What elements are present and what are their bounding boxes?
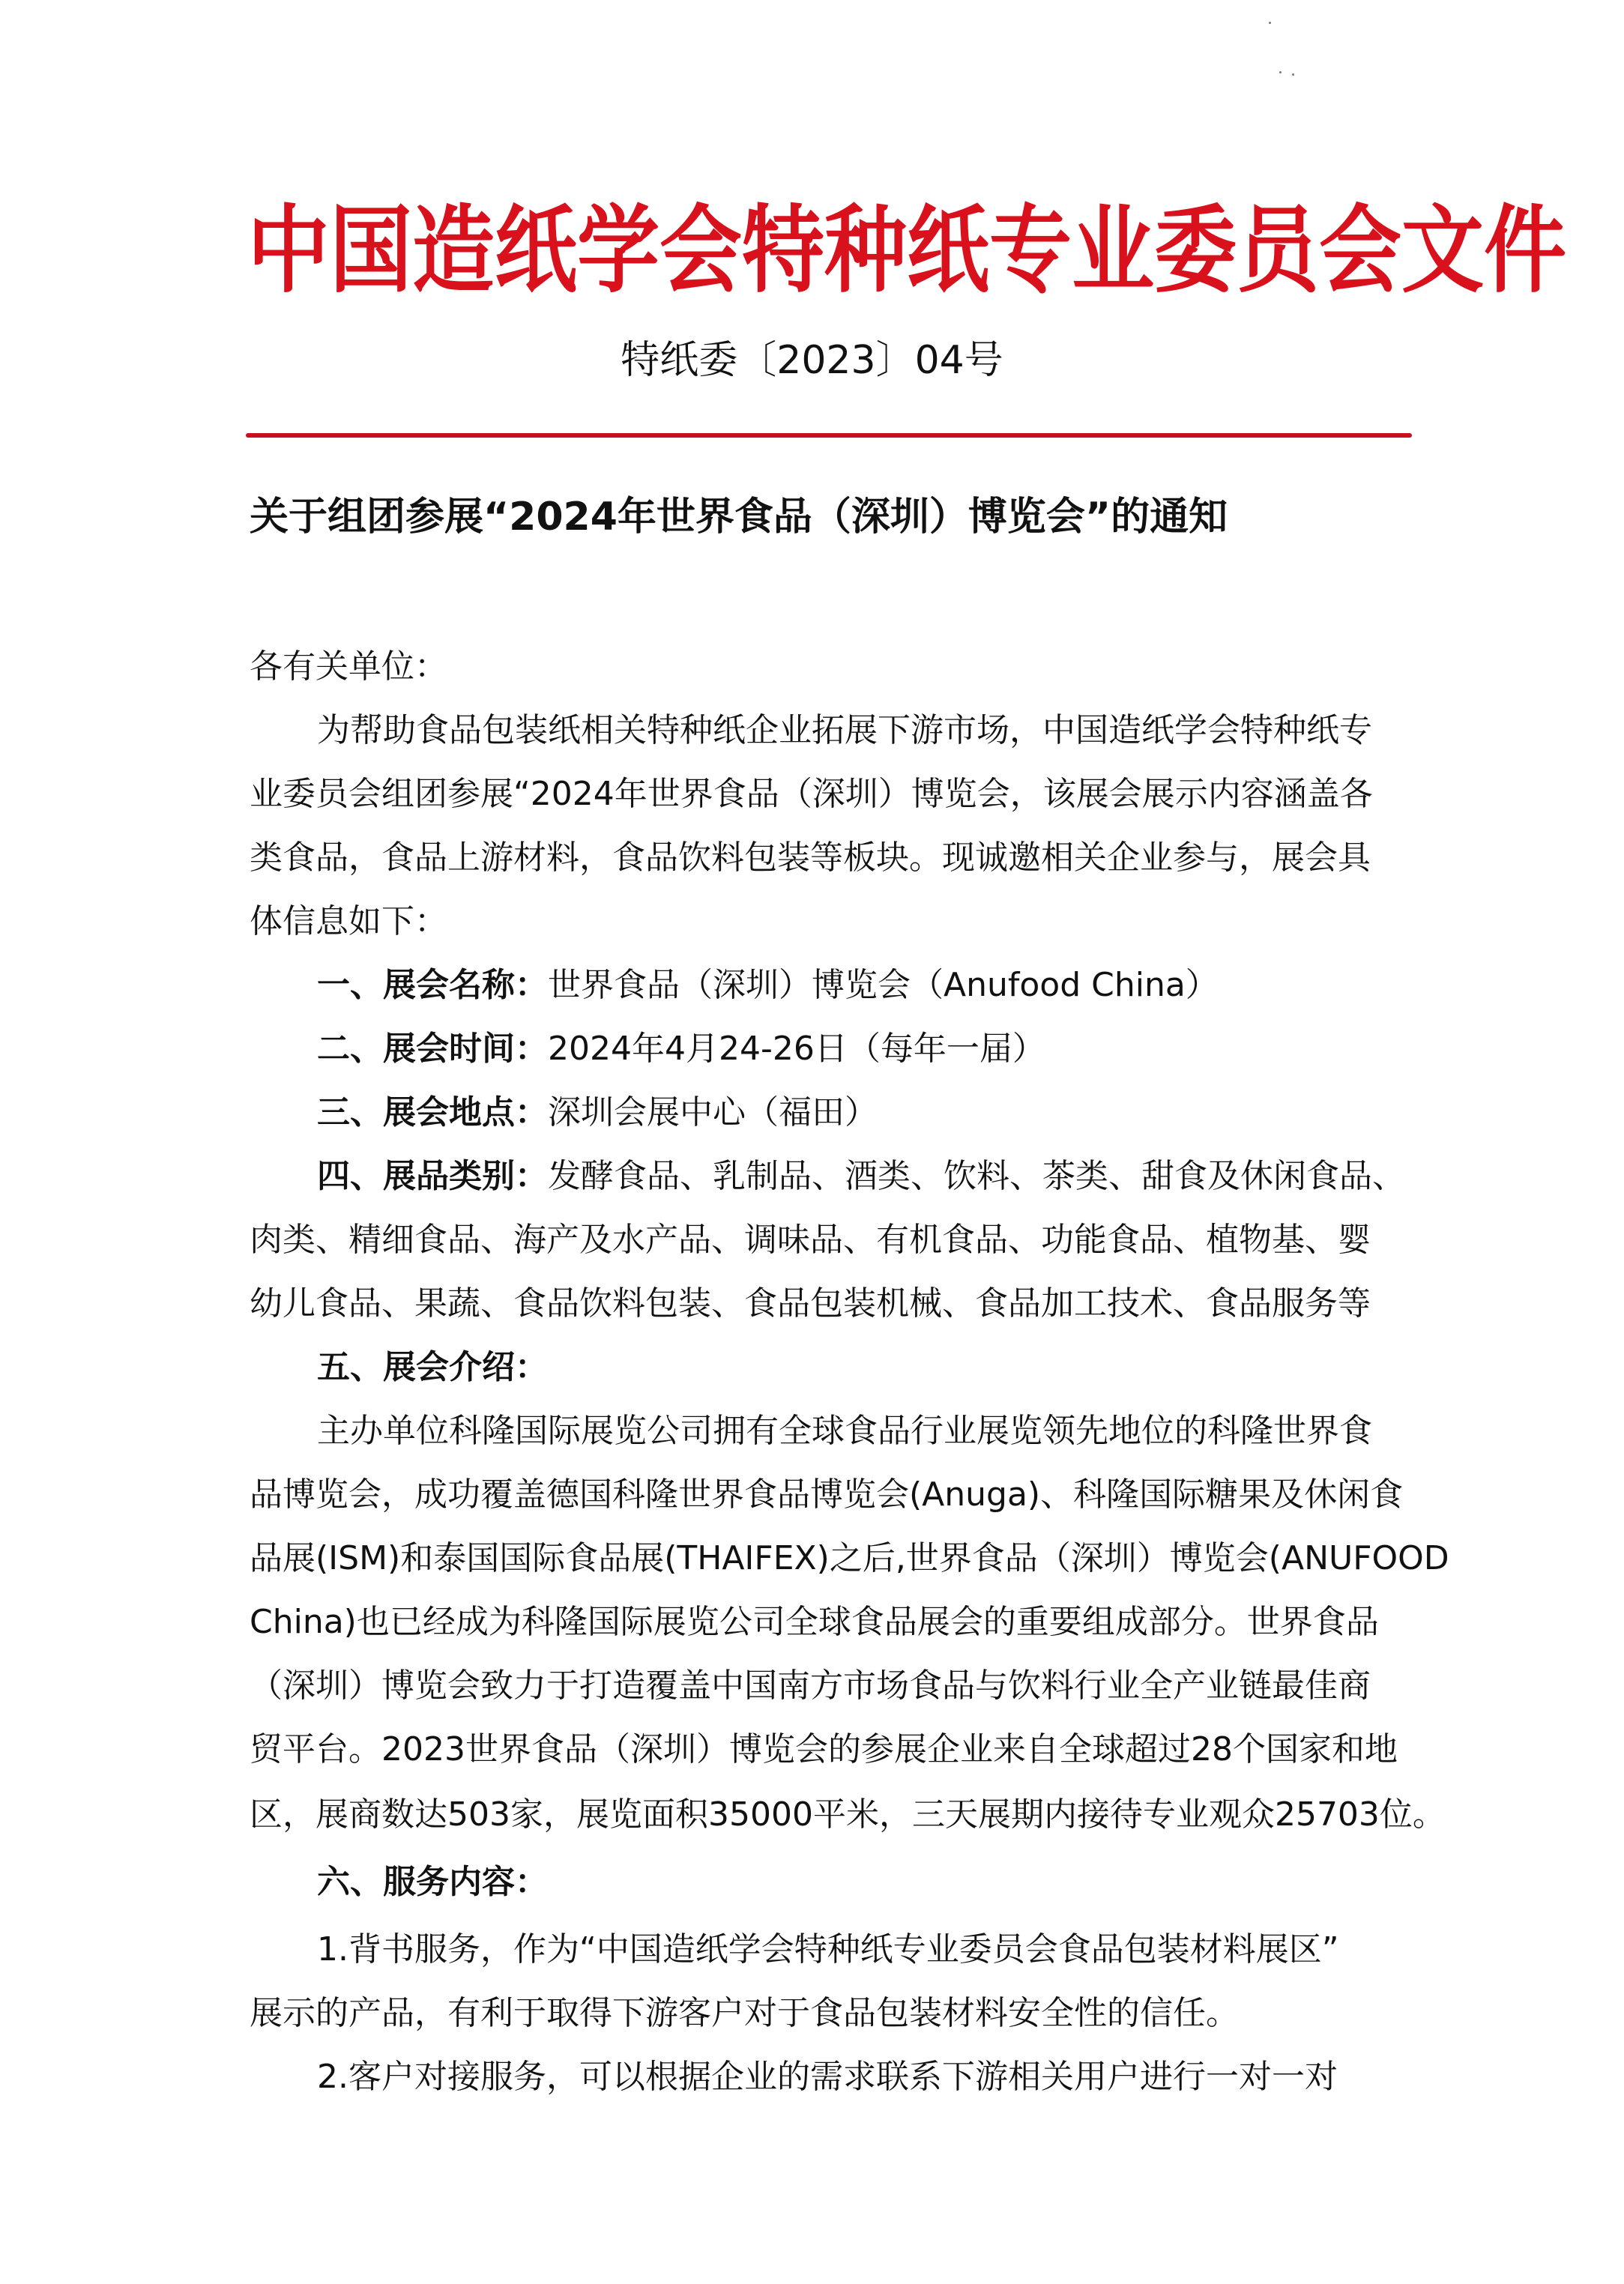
- notice-title: 关于组团参展“2024年世界食品（深圳）博览会”的通知: [250, 489, 1228, 546]
- item-exhibition-venue: 三、展会地点：深圳会展中心（福田）: [317, 1090, 878, 1135]
- section5-line: 区，展商数达503家，展览面积35000平米，三天展期内接待专业观众25703位…: [250, 1792, 1446, 1837]
- section5-line: 主办单位科隆国际展览公司拥有全球食品行业展览领先地位的科隆世界食: [317, 1409, 1372, 1454]
- section5-line: 贸平台。2023世界食品（深圳）博览会的参展企业来自全球超过28个国家和地: [250, 1727, 1398, 1772]
- item-label: 一、展会名称：: [317, 966, 548, 1004]
- service-endorsement-line: 展示的产品，有利于取得下游客户对于食品包装材料安全性的信任。: [250, 1991, 1239, 2036]
- item-continuation: 幼儿食品、果蔬、食品饮料包装、食品包装机械、食品加工技术、食品服务等: [250, 1281, 1371, 1326]
- item-label: 二、展会时间：: [317, 1030, 548, 1068]
- section5-line: 品展(ISM)和泰国国际食品展(THAIFEX)之后,世界食品（深圳）博览会(A…: [250, 1536, 1449, 1581]
- intro-line: 类食品，食品上游材料，食品饮料包装等板块。现诚邀相关企业参与，展会具: [250, 836, 1371, 880]
- salutation: 各有关单位：: [250, 644, 447, 689]
- red-divider-rule: [246, 433, 1412, 438]
- item-continuation: 肉类、精细食品、海产及水产品、调味品、有机食品、功能食品、植物基、婴: [250, 1218, 1371, 1263]
- intro-line: 体信息如下：: [250, 899, 447, 944]
- document-number: 特纸委〔2023〕04号: [0, 332, 1624, 389]
- intro-line: 业委员会组团参展“2024年世界食品（深圳）博览会，该展会展示内容涵盖各: [250, 772, 1373, 817]
- item-value: 世界食品（深圳）博览会（Anufood China）: [548, 966, 1219, 1004]
- item-exhibition-time: 二、展会时间：2024年4月24-26日（每年一届）: [317, 1027, 1045, 1072]
- service-client-matching-line: 2.客户对接服务，可以根据企业的需求联系下游相关用户进行一对一对: [317, 2055, 1338, 2100]
- scan-speck: [1292, 73, 1294, 76]
- item-exhibition-name: 一、展会名称：世界食品（深圳）博览会（Anufood China）: [317, 963, 1219, 1008]
- section5-line: （深圳）博览会致力于打造覆盖中国南方市场食品与饮料行业全产业链最佳商: [250, 1664, 1371, 1709]
- section5-line: China)也已经成为科隆国际展览公司全球食品展会的重要组成部分。世界食品: [250, 1600, 1379, 1645]
- section-exhibition-intro-heading: 五、展会介绍：: [317, 1345, 548, 1390]
- item-value: 发酵食品、乳制品、酒类、饮料、茶类、甜食及休闲食品、: [548, 1157, 1405, 1195]
- intro-line: 为帮助食品包装纸相关特种纸企业拓展下游市场，中国造纸学会特种纸专: [317, 708, 1372, 753]
- item-label: 三、展会地点：: [317, 1093, 548, 1132]
- item-exhibit-categories: 四、展品类别：发酵食品、乳制品、酒类、饮料、茶类、甜食及休闲食品、: [317, 1154, 1405, 1199]
- section-service-content-heading: 六、服务内容：: [317, 1860, 548, 1905]
- service-endorsement-line: 1.背书服务，作为“中国造纸学会特种纸专业委员会食品包装材料展区”: [317, 1927, 1339, 1972]
- item-value: 2024年4月24-26日（每年一届）: [548, 1030, 1045, 1068]
- scan-speck: [1279, 71, 1282, 73]
- item-value: 深圳会展中心（福田）: [548, 1093, 878, 1132]
- organization-document-title: 中国造纸学会特种纸专业委员会文件: [247, 186, 1416, 315]
- scan-speck: [1269, 22, 1271, 24]
- item-label: 四、展品类别：: [317, 1157, 548, 1195]
- section5-line: 品博览会，成功覆盖德国科隆世界食品博览会(Anuga)、科隆国际糖果及休闲食: [250, 1472, 1403, 1517]
